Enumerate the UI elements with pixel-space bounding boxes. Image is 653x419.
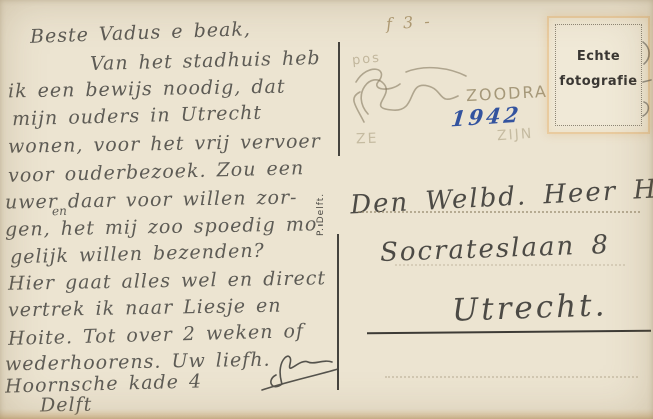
postmark-fragment-top: pos	[351, 51, 381, 69]
stamp-box: Echte fotografie	[547, 16, 650, 134]
message-line: Hier gaat alles wel en direct	[8, 267, 326, 295]
message-line: Van het stadhuis heb	[90, 47, 321, 75]
address-dotted-line	[385, 376, 638, 378]
signature-flourish	[252, 342, 342, 397]
divider-line-bottom	[337, 234, 339, 390]
message-line: ik een bewijs noodig, dat	[8, 76, 286, 103]
address-line: Socrateslaan 8	[380, 230, 611, 268]
message-line: wonen, voor het vrij vervoer	[8, 130, 321, 157]
price-note: f 3 -	[385, 11, 433, 33]
address-line: Utrecht.	[451, 287, 608, 328]
scan-edge-marks	[641, 40, 653, 120]
message-line: voor ouderbezoek. Zou een	[8, 157, 305, 187]
message-line: vertrek ik naar Liesje en	[8, 295, 282, 322]
photographer-imprint: P. Delft.	[316, 158, 326, 236]
message-line: mijn ouders in Utrecht	[12, 102, 263, 131]
year-note: 1942	[450, 101, 523, 131]
postmark-fragment-ze: ZE	[356, 131, 379, 148]
stamp-box-dotted-border: Echte fotografie	[555, 24, 642, 126]
message-line: Beste Vadus e beak,	[30, 18, 252, 48]
message-line: uwer daar voor willen zor-	[5, 186, 298, 213]
message-line: gelijk willen bezenden?	[10, 240, 265, 269]
postcard-back: Beste Vadus e beak, Van het stadhuis heb…	[0, 0, 653, 419]
address-dotted-line	[358, 211, 640, 213]
stamp-box-line1: Echte	[577, 49, 620, 64]
stamp-box-line2: fotografie	[559, 74, 637, 89]
message-line: Hoornsche kade 4	[5, 370, 203, 397]
inserted-word: en	[52, 204, 67, 219]
postmark-fragment-zijn: ZIJN	[496, 126, 533, 144]
address-dotted-line	[395, 264, 625, 266]
scan-bottom-band	[0, 409, 653, 419]
divider-line-top	[338, 42, 340, 156]
address-underline	[367, 330, 651, 334]
